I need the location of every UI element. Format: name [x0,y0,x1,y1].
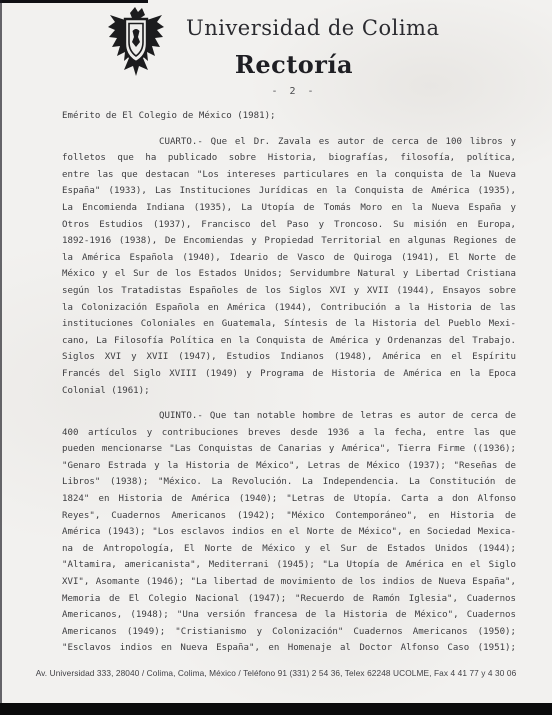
document-line: Otros Estudios (1937), Francisco del Pas… [62,217,516,234]
document-line: "Genaro Estrada y la Historia de México"… [62,458,516,475]
document-line: Libros" (1938); "México. La Revolución. … [62,474,516,491]
document-line: folletos que ha publicado sobre Historia… [62,150,516,167]
department-title: Rectoría [0,50,552,79]
document-line: América (1943); "Los esclavos indios en … [62,524,516,541]
document-line: Francés del Siglo XVIII (1949) y Program… [62,366,516,383]
scan-artifact-bottom [0,703,552,715]
document-line: na de Antropología, El Norte de México y… [62,541,516,558]
scanned-document-page: Universidad de Colima Rectoría - 2 - Emé… [0,0,552,715]
document-line: "Altamira, americanista", Mediterrani (1… [62,557,516,574]
document-line: entre las que destacan "Los intereses pa… [62,167,516,184]
document-line: la Colonización Española en América (194… [62,300,516,317]
document-line: Americanos (1949); "Cristianismo y Colon… [62,624,516,641]
document-line: Americanos, (1948); "Una versión frances… [62,607,516,624]
document-line: Memoria de El Colegio Nacional (1947); "… [62,591,516,608]
footer-address: Av. Universidad 333, 28040 / Colima, Col… [0,668,552,678]
document-line: CUARTO.- Que el Dr. Zavala es autor de c… [62,134,516,151]
document-line: "Esclavos indios en Nueva España", en Ho… [62,640,516,657]
document-line: Colonial (1961); [62,383,516,400]
document-line: 400 artículos y contribuciones breves de… [62,425,516,442]
document-line: México y el Sur de los Estados Unidos; S… [62,266,516,283]
page-number: - 2 - [0,86,552,97]
scan-artifact-left [0,0,2,704]
paragraph: CUARTO.- Que el Dr. Zavala es autor de c… [62,134,516,400]
document-line: Reyes", Cuadernos Americanos (1942); "Mé… [62,508,516,525]
scan-artifact-top [0,0,148,3]
document-line: XVI", Asomante (1946); "La libertad de m… [62,574,516,591]
document-line: 1892-1916 (1938), De Encomiendas y Propi… [62,233,516,250]
document-body: Emérito de El Colegio de México (1981);C… [62,108,516,666]
document-line: pueden mencionarse "Las Conquistas de Ca… [62,441,516,458]
document-line: la América Española (1940), Ideario de V… [62,250,516,267]
document-line: QUINTO.- Que tan notable hombre de letra… [62,408,516,425]
document-line: 1824" en Historia de América (1940); "Le… [62,491,516,508]
document-line: La Encomienda Indiana (1935), La Utopía … [62,200,516,217]
document-line: cano, La Filosofía Política en la Conqui… [62,333,516,350]
document-line: Emérito de El Colegio de México (1981); [62,108,516,125]
document-line: según los Tratadistas Españoles de los S… [62,283,516,300]
document-line: instituciones Coloniales en Guatemala, S… [62,316,516,333]
paragraph: QUINTO.- Que tan notable hombre de letra… [62,408,516,657]
paragraph: Emérito de El Colegio de México (1981); [62,108,516,125]
document-line: España" (1933), Las Instituciones Jurídi… [62,183,516,200]
document-line: Siglos XVI y XVII (1947), Estudios India… [62,349,516,366]
university-name: Universidad de Colima [186,16,439,40]
